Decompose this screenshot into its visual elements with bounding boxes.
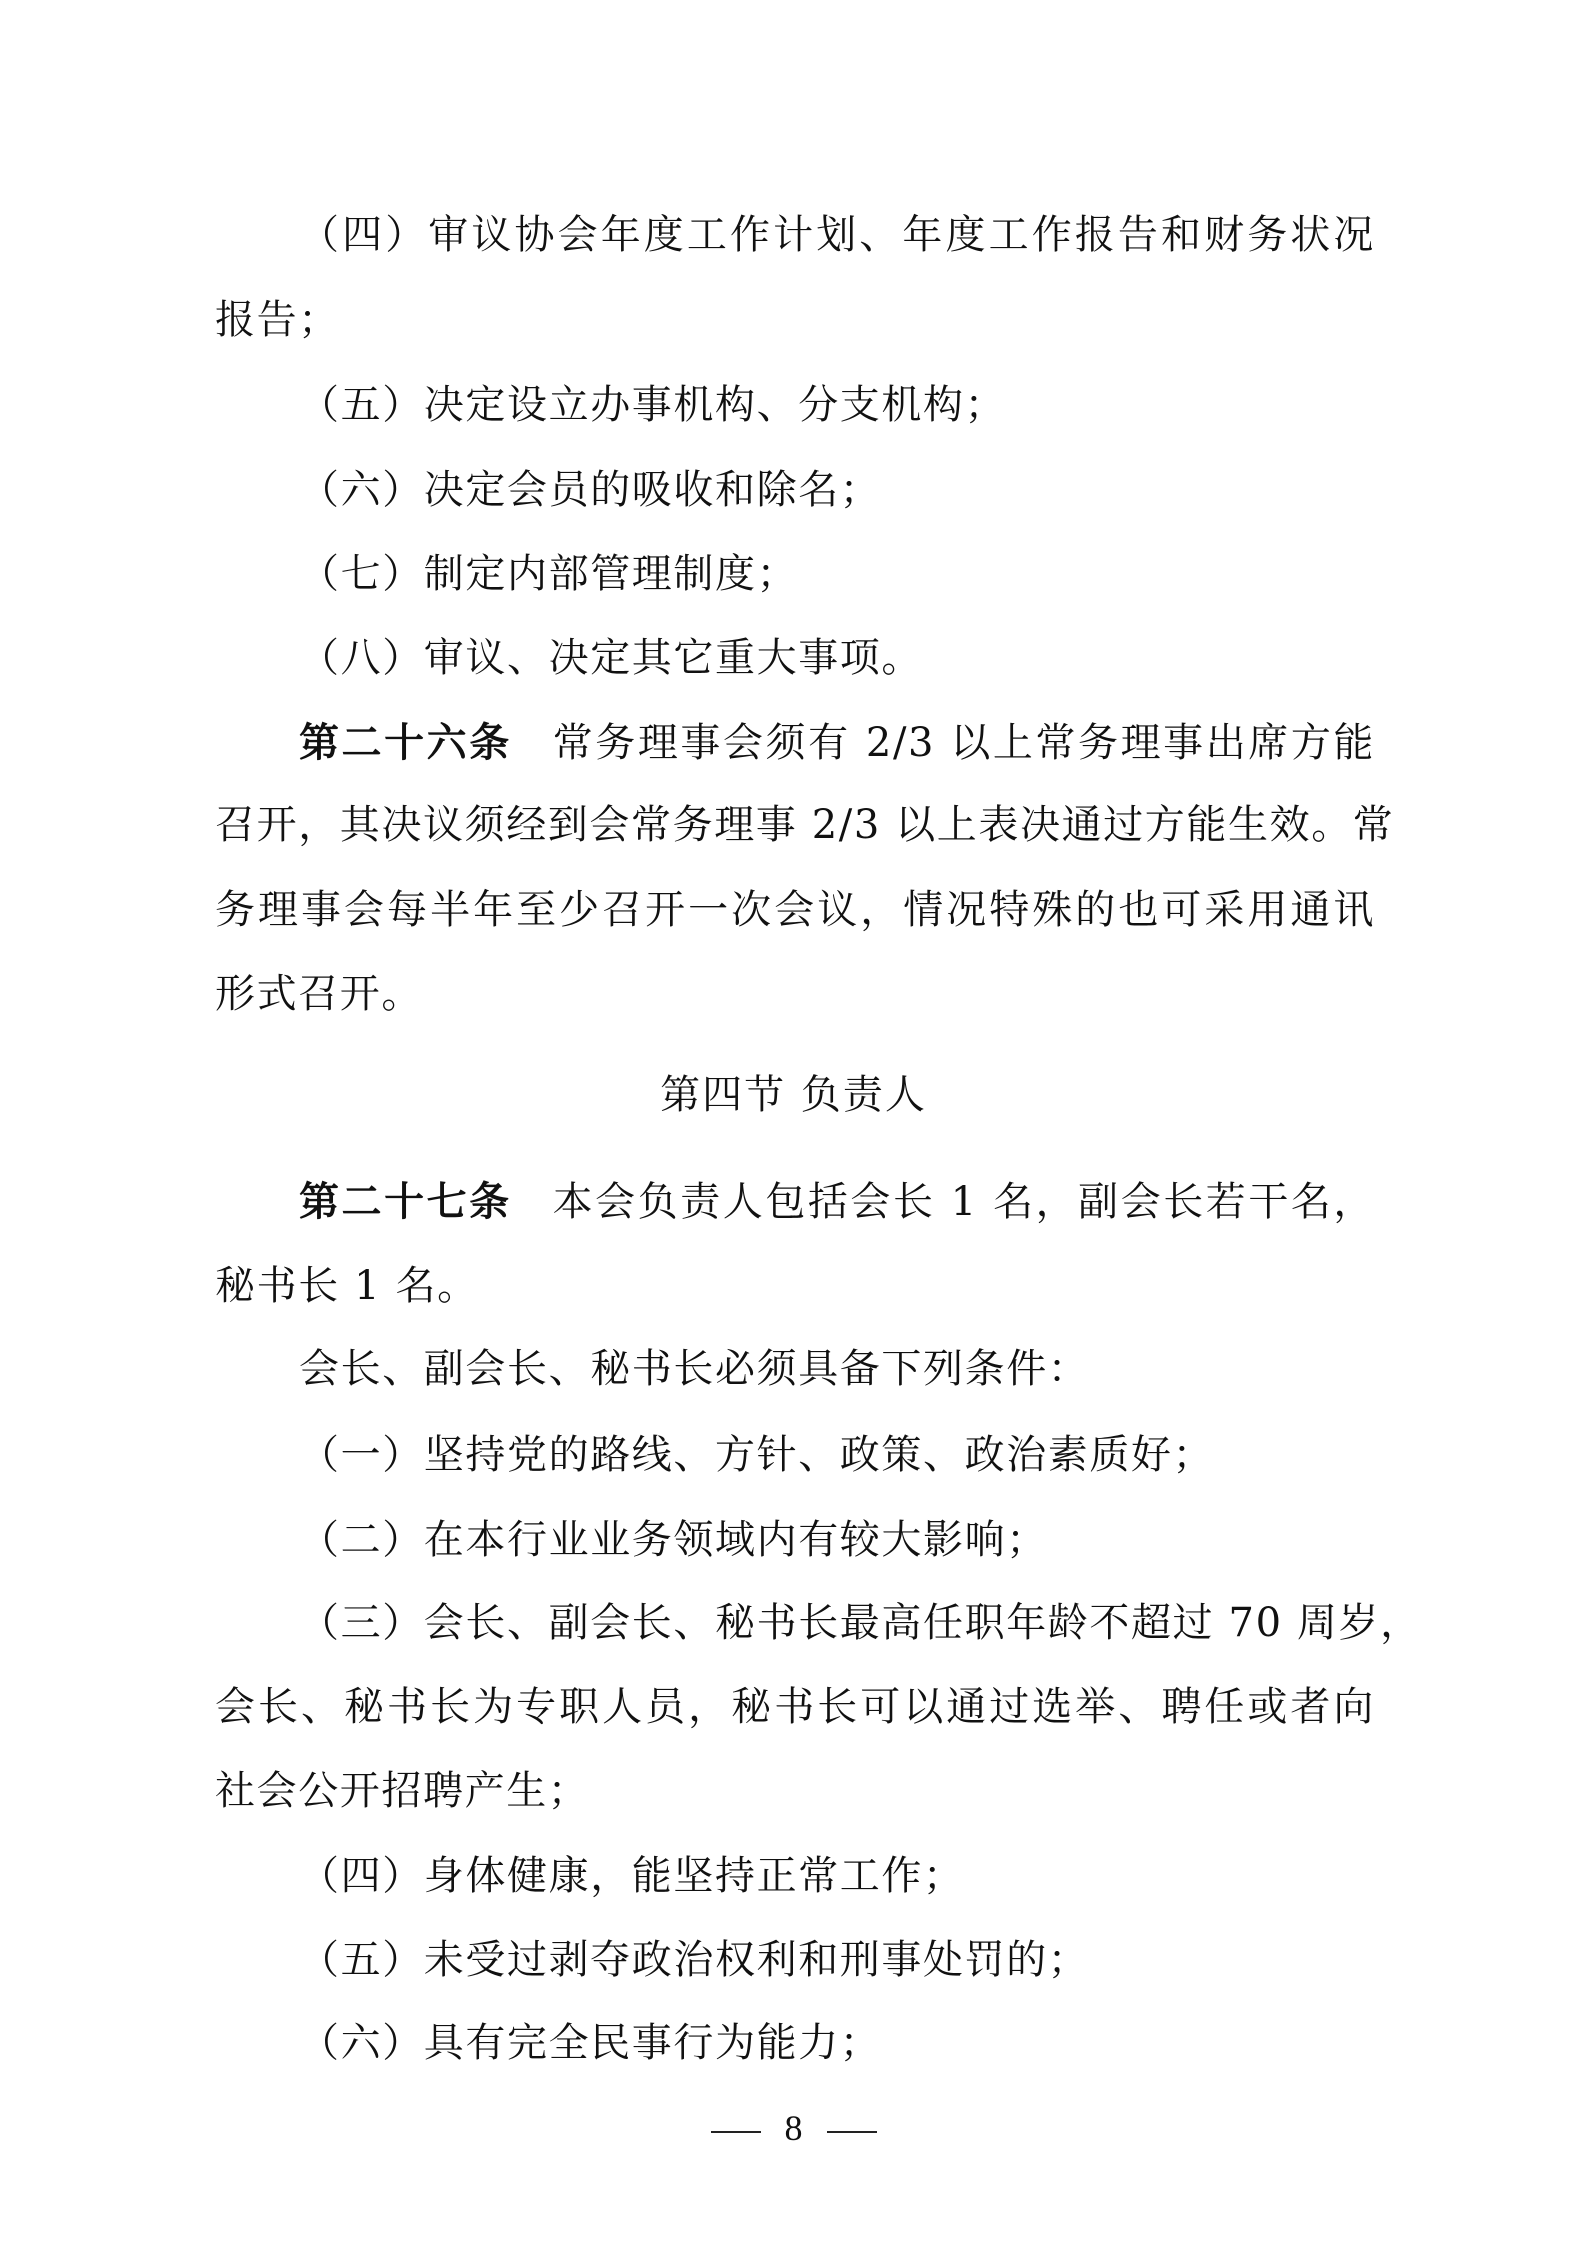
list-item-4-line2: 报告； (215, 290, 1375, 350)
article-26-text: 常务理事会须有 2/3 以上常务理事出席方能 (552, 720, 1375, 766)
page-number-value: 8 (785, 2108, 803, 2148)
condition-1: （一）坚持党的路线、方针、政策、政治素质好； (299, 1425, 1375, 1485)
condition-3-line2: 会长、秘书长为专职人员，秘书长可以通过选举、聘任或者向 (215, 1677, 1375, 1737)
conditions-intro: 会长、副会长、秘书长必须具备下列条件： (299, 1339, 1375, 1399)
article-27-line1: 第二十七条本会负责人包括会长 1 名，副会长若干名， (299, 1172, 1375, 1232)
list-item-7: （七）制定内部管理制度； (299, 544, 1375, 604)
condition-4: （四）身体健康，能坚持正常工作； (299, 1846, 1375, 1906)
condition-6: （六）具有完全民事行为能力； (299, 2013, 1375, 2073)
list-item-5: （五）决定设立办事机构、分支机构； (299, 375, 1375, 435)
list-item-8: （八）审议、决定其它重大事项。 (299, 628, 1375, 688)
page-number: 8 (0, 2103, 1587, 2153)
article-26-line2: 召开，其决议须经到会常务理事 2/3 以上表决通过方能生效。常 (215, 795, 1375, 855)
condition-3-line3: 社会公开招聘产生； (215, 1761, 1375, 1821)
article-27-label: 第二十七条 (299, 1178, 512, 1225)
condition-3-line1: （三）会长、副会长、秘书长最高任职年龄不超过 70 周岁， (299, 1593, 1375, 1653)
article-26-line1: 第二十六条常务理事会须有 2/3 以上常务理事出席方能 (299, 713, 1375, 773)
condition-5: （五）未受过剥夺政治权利和刑事处罚的； (299, 1930, 1375, 1990)
dash-right (827, 2131, 877, 2133)
article-26-line4: 形式召开。 (215, 964, 1375, 1024)
dash-left (711, 2131, 761, 2133)
list-item-6: （六）决定会员的吸收和除名； (299, 460, 1375, 520)
article-26-label: 第二十六条 (299, 719, 512, 766)
article-27-line2: 秘书长 1 名。 (215, 1256, 1375, 1316)
condition-2: （二）在本行业业务领域内有较大影响； (299, 1510, 1375, 1570)
article-27-text: 本会负责人包括会长 1 名，副会长若干名， (552, 1179, 1375, 1225)
article-26-line3: 务理事会每半年至少召开一次会议，情况特殊的也可采用通讯 (215, 880, 1375, 940)
list-item-4-line1: （四）审议协会年度工作计划、年度工作报告和财务状况 (299, 205, 1375, 265)
document-page: （四）审议协会年度工作计划、年度工作报告和财务状况 报告； （五）决定设立办事机… (0, 0, 1587, 2245)
section-heading: 第四节 负责人 (0, 1065, 1587, 1125)
